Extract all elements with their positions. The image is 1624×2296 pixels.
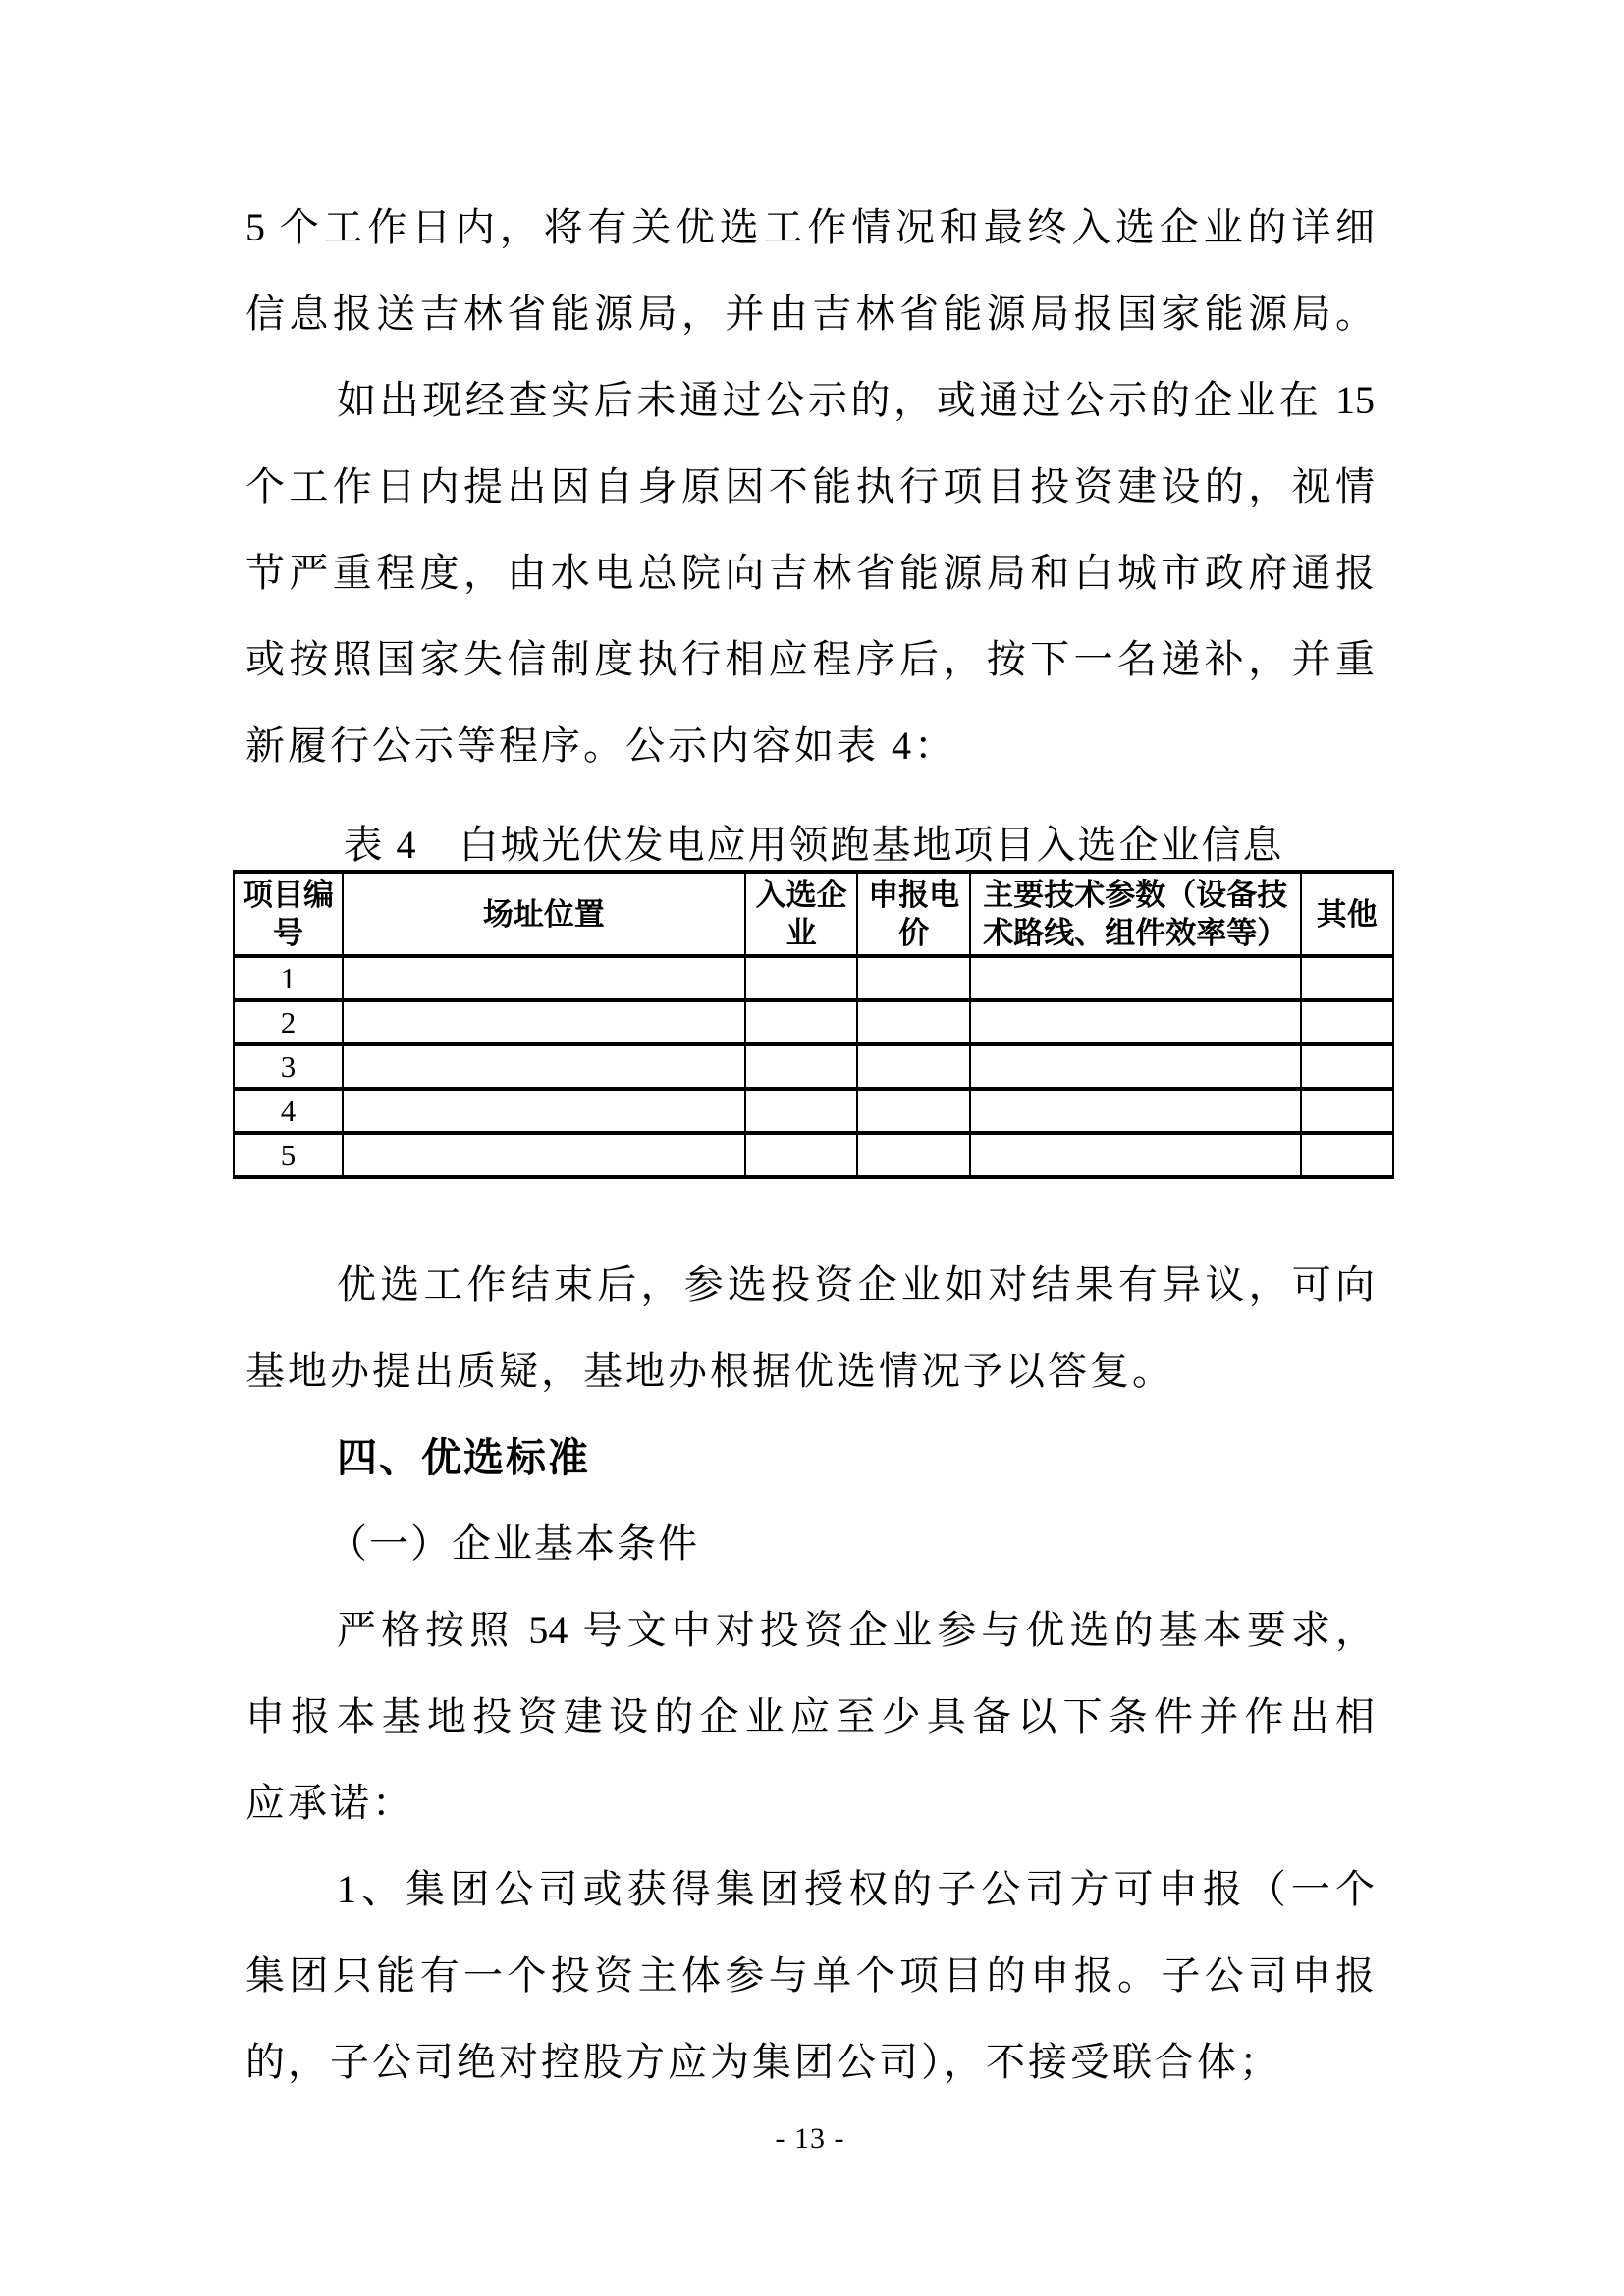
- body-line: 信息报送吉林省能源局，并由吉林省能源局报国家能源局。: [245, 271, 1375, 357]
- empty-cell: [745, 1089, 858, 1133]
- body-line: 优选工作结束后，参选投资企业如对结果有异议，可向: [245, 1242, 1375, 1328]
- row-number-cell: 3: [234, 1044, 343, 1089]
- body-line: 严格按照 54 号文中对投资企业参与优选的基本要求，: [245, 1587, 1375, 1674]
- section-heading: 四、优选标准: [245, 1415, 1375, 1501]
- sub-heading: （一）企业基本条件: [245, 1501, 1375, 1587]
- empty-cell: [970, 1044, 1301, 1089]
- document-page: 5 个工作日内，将有关优选工作情况和最终入选企业的详细 信息报送吉林省能源局，并…: [0, 0, 1624, 2296]
- table-row: 1: [234, 956, 1393, 1000]
- table-row: 4: [234, 1089, 1393, 1133]
- body-line: 1、集团公司或获得集团授权的子公司方可申报（一个: [245, 1846, 1375, 1933]
- empty-cell: [343, 1133, 745, 1177]
- empty-cell: [970, 956, 1301, 1000]
- body-line: 基地办提出质疑，基地办根据优选情况予以答复。: [245, 1328, 1375, 1415]
- empty-cell: [745, 1000, 858, 1044]
- empty-cell: [343, 1089, 745, 1133]
- row-number-cell: 2: [234, 1000, 343, 1044]
- table-row: 3: [234, 1044, 1393, 1089]
- empty-cell: [857, 1089, 970, 1133]
- table-row: 2: [234, 1000, 1393, 1044]
- table-row: 5: [234, 1133, 1393, 1177]
- empty-cell: [1301, 1044, 1394, 1089]
- selected-enterprises-table: 项目编号 场址位置 入选企业 申报电价 主要技术参数（设备技术路线、组件效率等）…: [233, 870, 1394, 1179]
- empty-cell: [343, 956, 745, 1000]
- empty-cell: [857, 1000, 970, 1044]
- empty-cell: [745, 1133, 858, 1177]
- row-number-cell: 5: [234, 1133, 343, 1177]
- header-declared-price: 申报电价: [857, 872, 970, 956]
- empty-cell: [343, 1000, 745, 1044]
- empty-cell: [1301, 1000, 1394, 1044]
- body-line: 个工作日内提出因自身原因不能执行项目投资建设的，视情: [245, 444, 1375, 530]
- header-technical-parameters: 主要技术参数（设备技术路线、组件效率等）: [970, 872, 1301, 956]
- empty-cell: [970, 1000, 1301, 1044]
- table-caption: 表 4 白城光伏发电应用领跑基地项目入选企业信息: [233, 821, 1394, 870]
- page-number: - 13 -: [245, 2117, 1375, 2161]
- body-line: 或按照国家失信制度执行相应程序后，按下一名递补，并重: [245, 616, 1375, 703]
- empty-cell: [1301, 1133, 1394, 1177]
- body-line: 新履行公示等程序。公示内容如表 4：: [245, 703, 1375, 789]
- header-selected-enterprise: 入选企业: [745, 872, 858, 956]
- empty-cell: [1301, 1089, 1394, 1133]
- table-header-row: 项目编号 场址位置 入选企业 申报电价 主要技术参数（设备技术路线、组件效率等）…: [234, 872, 1393, 956]
- header-site-location: 场址位置: [343, 872, 745, 956]
- body-line: 申报本基地投资建设的企业应至少具备以下条件并作出相: [245, 1674, 1375, 1760]
- empty-cell: [745, 956, 858, 1000]
- row-number-cell: 1: [234, 956, 343, 1000]
- body-line: 集团只能有一个投资主体参与单个项目的申报。子公司申报: [245, 1933, 1375, 2019]
- empty-cell: [745, 1044, 858, 1089]
- header-project-number: 项目编号: [234, 872, 343, 956]
- empty-cell: [857, 1133, 970, 1177]
- empty-cell: [970, 1133, 1301, 1177]
- empty-cell: [343, 1044, 745, 1089]
- empty-cell: [857, 1044, 970, 1089]
- empty-cell: [1301, 956, 1394, 1000]
- empty-cell: [970, 1089, 1301, 1133]
- page-content: 5 个工作日内，将有关优选工作情况和最终入选企业的详细 信息报送吉林省能源局，并…: [245, 185, 1375, 2161]
- body-line: 节严重程度，由水电总院向吉林省能源局和白城市政府通报: [245, 530, 1375, 616]
- body-line: 的，子公司绝对控股方应为集团公司），不接受联合体；: [245, 2019, 1375, 2106]
- row-number-cell: 4: [234, 1089, 343, 1133]
- body-line: 如出现经查实后未通过公示的，或通过公示的企业在 15: [245, 357, 1375, 444]
- empty-cell: [857, 956, 970, 1000]
- body-line: 5 个工作日内，将有关优选工作情况和最终入选企业的详细: [245, 185, 1375, 271]
- header-other: 其他: [1301, 872, 1394, 956]
- body-line: 应承诺：: [245, 1760, 1375, 1846]
